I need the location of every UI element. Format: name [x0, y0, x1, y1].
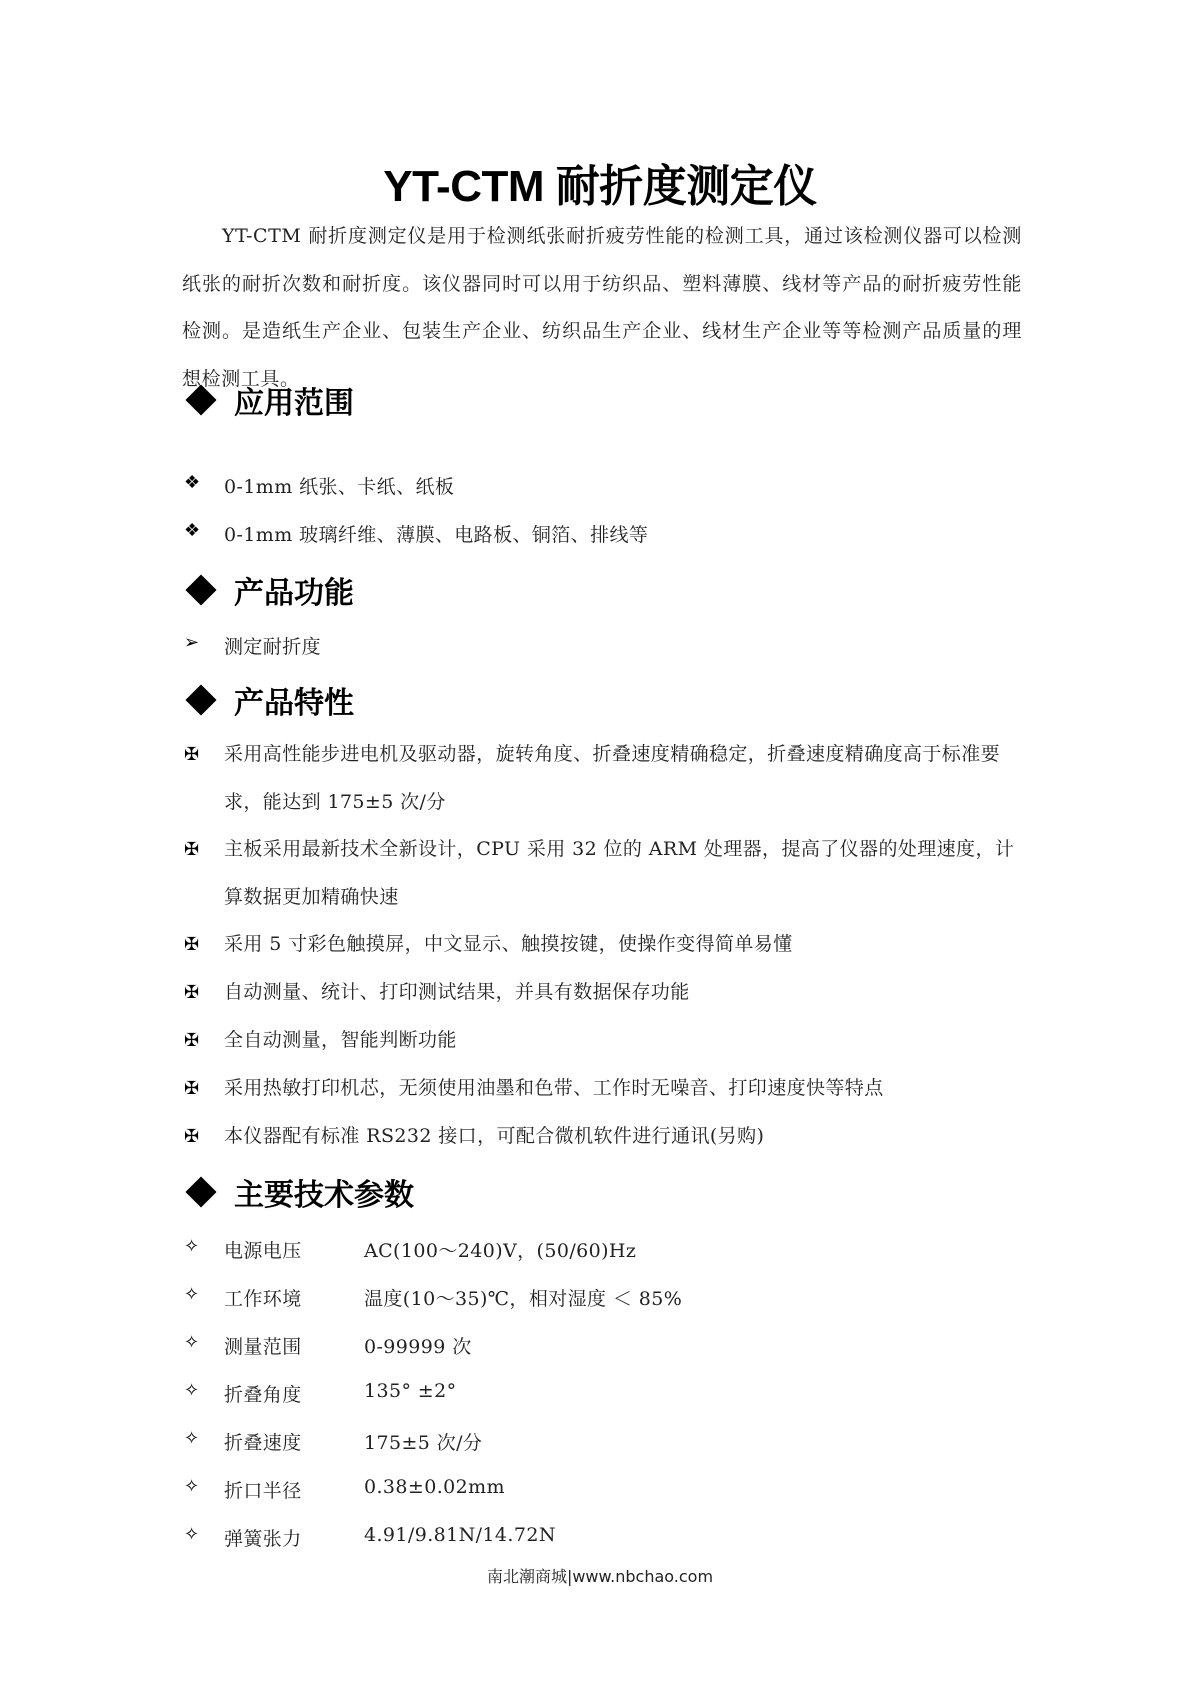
page-footer: 南北潮商城|www.nbchao.com	[0, 1564, 1200, 1587]
spec-value: 0.38±0.02mm	[364, 1476, 505, 1498]
diamond-bullet-icon	[185, 384, 216, 415]
spec-key: 折叠角度	[224, 1380, 302, 1407]
spec-value: 135° ±2°	[364, 1380, 457, 1402]
spec-key: 电源电压	[224, 1236, 302, 1263]
maltese-cross-icon: ✠	[184, 982, 214, 1003]
four-point-star-icon: ✧	[184, 1380, 214, 1401]
maltese-cross-icon: ✠	[184, 1078, 214, 1099]
section-heading-label: 主要技术参数	[234, 1170, 414, 1214]
list-item-text: 采用热敏打印机芯，无须使用油墨和色带、工作时无噪音、打印速度快等特点	[224, 1065, 1024, 1113]
list-item-text: 本仪器配有标准 RS232 接口，可配合微机软件进行通讯(另购)	[224, 1113, 1024, 1161]
list-item-text: 主板采用最新技术全新设计，CPU 采用 32 位的 ARM 处理器，提高了仪器的…	[224, 826, 1024, 921]
diamond-bullet-icon	[185, 684, 216, 715]
arrowhead-icon: ➢	[184, 632, 214, 653]
spec-key: 折口半径	[224, 1476, 302, 1503]
list-item-text: 0-1mm 纸张、卡纸、纸板	[224, 472, 454, 499]
four-diamond-icon: ❖	[184, 472, 214, 493]
spec-key: 弹簧张力	[224, 1524, 302, 1551]
document-page: YT-CTM 耐折度测定仪 YT-CTM 耐折度测定仪是用于检测纸张耐折疲劳性能…	[0, 0, 1200, 1697]
section-heading-specs: 主要技术参数	[184, 1170, 414, 1214]
spec-key: 折叠速度	[224, 1428, 302, 1455]
diamond-bullet-icon	[185, 1176, 216, 1207]
maltese-cross-icon: ✠	[184, 934, 214, 955]
section-heading-functions: 产品功能	[184, 568, 354, 612]
section-heading-label: 应用范围	[234, 378, 354, 422]
four-diamond-icon: ❖	[184, 520, 214, 541]
section-heading-label: 产品特性	[234, 678, 354, 722]
spec-value: 175±5 次/分	[364, 1428, 482, 1455]
spec-value: AC(100～240)V，(50/60)Hz	[364, 1236, 636, 1263]
spec-value: 4.91/9.81N/14.72N	[364, 1524, 556, 1546]
four-point-star-icon: ✧	[184, 1428, 214, 1449]
diamond-bullet-icon	[185, 574, 216, 605]
list-item-text: 全自动测量，智能判断功能	[224, 1017, 1024, 1065]
four-point-star-icon: ✧	[184, 1524, 214, 1545]
spec-value: 0-99999 次	[364, 1332, 472, 1359]
intro-paragraph: YT-CTM 耐折度测定仪是用于检测纸张耐折疲劳性能的检测工具，通过该检测仪器可…	[182, 213, 1022, 403]
maltese-cross-icon: ✠	[184, 1126, 214, 1147]
four-point-star-icon: ✧	[184, 1236, 214, 1257]
list-item-text: 自动测量、统计、打印测试结果，并具有数据保存功能	[224, 969, 1024, 1017]
list-item-text: 0-1mm 玻璃纤维、薄膜、电路板、铜箔、排线等	[224, 520, 648, 547]
section-heading-features: 产品特性	[184, 678, 354, 722]
maltese-cross-icon: ✠	[184, 744, 214, 765]
page-title: YT-CTM 耐折度测定仪	[0, 150, 1200, 214]
maltese-cross-icon: ✠	[184, 1030, 214, 1051]
section-heading-application: 应用范围	[184, 378, 354, 422]
four-point-star-icon: ✧	[184, 1284, 214, 1305]
spec-key: 测量范围	[224, 1332, 302, 1359]
list-item-text: 采用 5 寸彩色触摸屏，中文显示、触摸按键，使操作变得简单易懂	[224, 921, 1024, 969]
four-point-star-icon: ✧	[184, 1476, 214, 1497]
four-point-star-icon: ✧	[184, 1332, 214, 1353]
list-item-text: 测定耐折度	[224, 632, 321, 659]
list-item-text: 采用高性能步进电机及驱动器，旋转角度、折叠速度精确稳定，折叠速度精确度高于标准要…	[224, 731, 1024, 826]
section-heading-label: 产品功能	[234, 568, 354, 612]
maltese-cross-icon: ✠	[184, 839, 214, 860]
spec-value: 温度(10～35)℃，相对湿度 ＜ 85%	[364, 1284, 682, 1311]
spec-key: 工作环境	[224, 1284, 302, 1311]
